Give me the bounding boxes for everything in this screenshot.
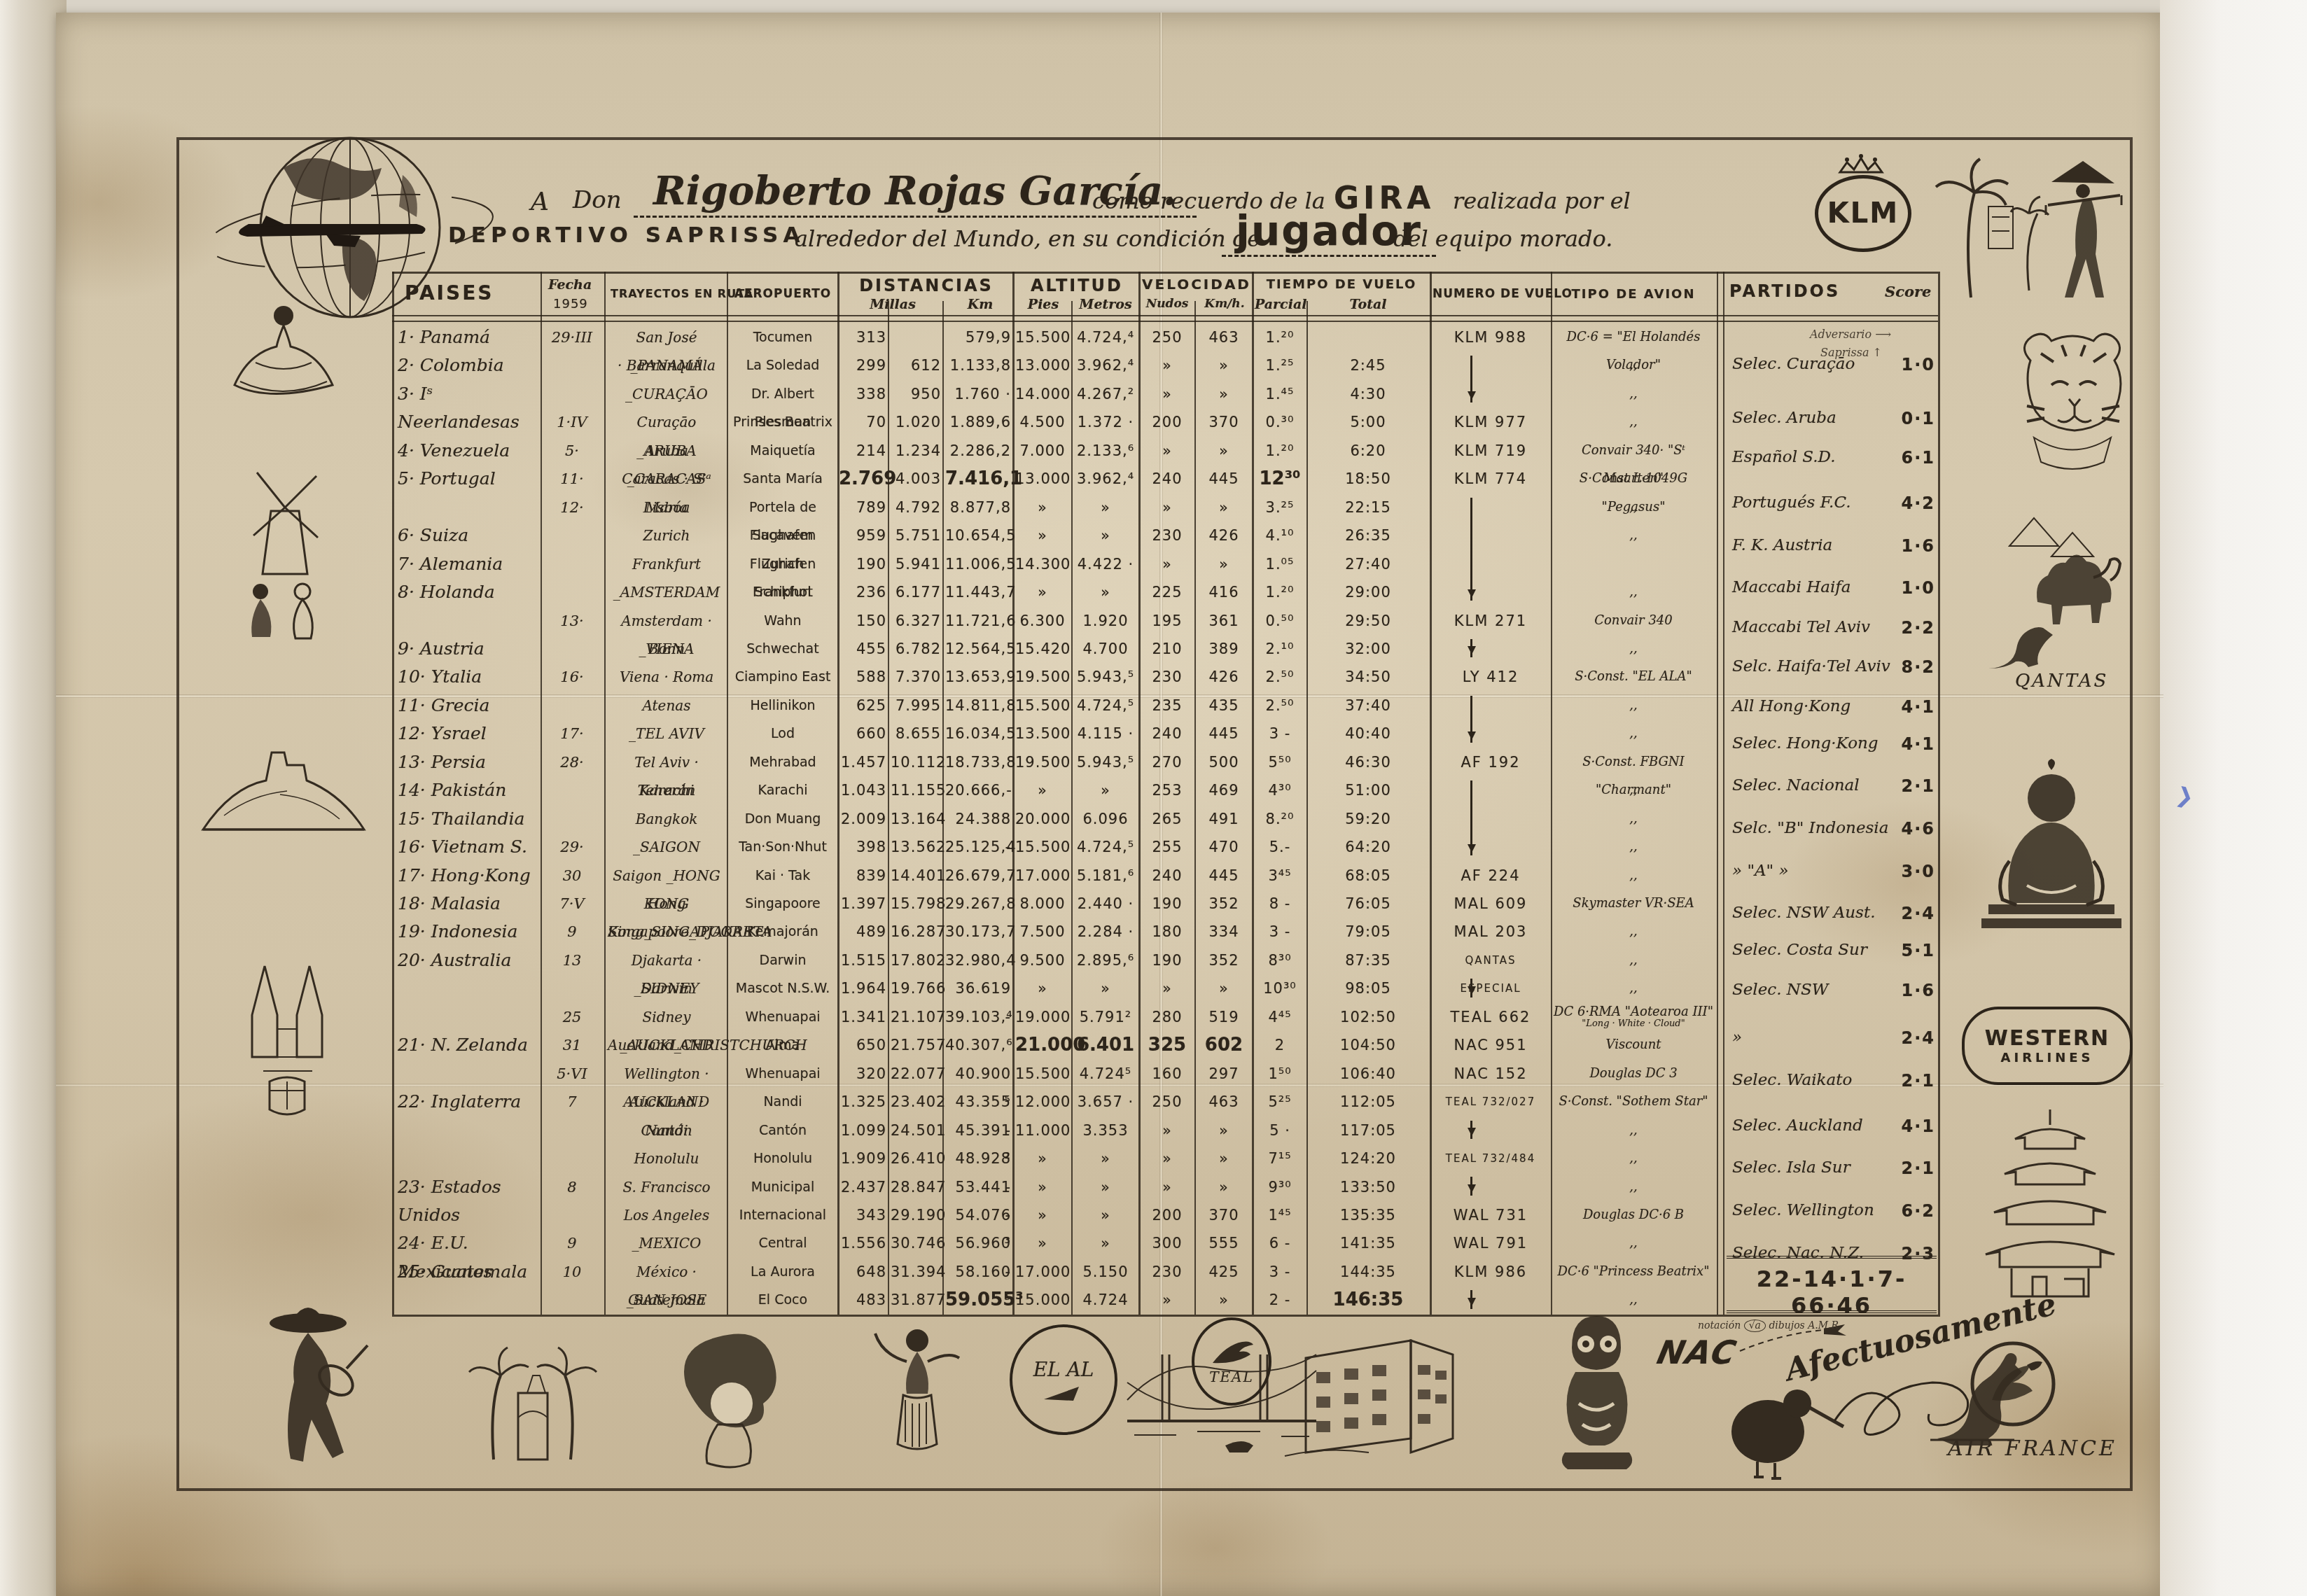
cell-apt: Kai · Tak xyxy=(730,862,836,890)
cell-km: 18.733,8 xyxy=(945,748,1011,776)
cell-par: 12³⁰ xyxy=(1255,465,1305,493)
cell-vuelo: AF 224 xyxy=(1433,862,1549,890)
cell-ruta: Zurich xyxy=(608,521,725,549)
cell-m: 5.943,⁵ xyxy=(1074,663,1137,691)
col-header-altitud: ALTITUD xyxy=(1015,276,1138,295)
cell-mi: 214 xyxy=(839,437,886,465)
cell-kmh: 389 xyxy=(1197,635,1250,663)
cell-par: 2.⁵⁰ xyxy=(1255,663,1305,691)
match-score: 4·1 xyxy=(1886,734,1935,754)
cell-miT: 17.802 xyxy=(891,946,941,974)
match-opponent: Selec. Wellington xyxy=(1732,1201,1885,1219)
cell-km: 54.076 ³ xyxy=(945,1201,1011,1229)
cell-ruta: Lisboa xyxy=(608,493,725,521)
cell-miT: 26.410 xyxy=(891,1144,941,1172)
flight-sequence-arrow xyxy=(1470,1177,1472,1195)
table-rule xyxy=(1071,301,1073,1315)
cell-avion: Douglas DC 3 xyxy=(1553,1060,1714,1088)
cell-tot: 40:40 xyxy=(1309,720,1427,748)
cell-m: » xyxy=(1074,1144,1137,1172)
cell-m: 4.724,⁵ xyxy=(1074,833,1137,861)
table-rule xyxy=(392,315,1938,316)
cell-vuelo: AF 192 xyxy=(1433,748,1549,776)
cell-km: 59.055³ xyxy=(945,1286,1011,1314)
cell-nd: » xyxy=(1141,1116,1193,1144)
palm-tree-icon xyxy=(1922,140,2020,301)
table-rule xyxy=(1306,301,1308,1315)
cell-miT: 6.782 xyxy=(891,635,941,663)
cell-nd: » xyxy=(1141,974,1193,1002)
cell-km: 48.928 - xyxy=(945,1144,1011,1172)
cell-mi: 313 xyxy=(839,323,886,351)
cell-par: 1.²⁰ xyxy=(1255,323,1305,351)
cell-nd: 325 xyxy=(1141,1031,1193,1059)
cell-nd: 240 xyxy=(1141,465,1193,493)
cell-km: 26.679,7 xyxy=(945,862,1011,890)
cell-ruta: _SAN JOSE xyxy=(608,1286,725,1314)
cell-avion: S·Const. "EL ALA" xyxy=(1553,663,1714,691)
cell-mi: 2.009 xyxy=(839,805,886,833)
match-opponent: Selec. NSW xyxy=(1732,981,1885,999)
cell-apt: Dr. Albert Plesman xyxy=(730,380,836,408)
cell-pies: 17.000 xyxy=(1015,862,1070,890)
cell-ruta: Auckland_CHRISTCHURCH xyxy=(608,1031,725,1059)
cell-km: 579,9 xyxy=(945,323,1011,351)
cell-tot: 102:50 xyxy=(1309,1003,1427,1031)
cell-miT: 950 xyxy=(891,380,941,408)
cell-nd: » xyxy=(1141,1173,1193,1201)
cell-apt: Prinses Beatrix xyxy=(730,408,836,436)
cell-nd: » xyxy=(1141,437,1193,465)
title-team: DEPORTIVO SAPRISSA xyxy=(448,223,804,248)
cell-miT: 8.655 xyxy=(891,720,941,748)
cell-fecha: 30 xyxy=(542,862,602,890)
cell-apt: Central xyxy=(730,1229,836,1257)
cell-m: 4.724,⁵ xyxy=(1074,692,1137,720)
cell-apt: Mascot N.S.W. xyxy=(730,974,836,1002)
cell-vuelo: KLM 774 xyxy=(1433,465,1549,493)
col-header-fecha-year: 1959 xyxy=(553,297,588,311)
cell-ruta: _MEXICO xyxy=(608,1229,725,1257)
cell-km: 58.160 ⁵ xyxy=(945,1258,1011,1286)
cell-avion: ,, xyxy=(1553,862,1714,890)
cell-kmh: » xyxy=(1197,1286,1250,1314)
cell-nd: 210 xyxy=(1141,635,1193,663)
cell-mi: 343 xyxy=(839,1201,886,1229)
cell-ruta: Atenas xyxy=(608,692,725,720)
cell-pais: 25· Guatemala xyxy=(398,1258,538,1286)
cell-ruta: Singapoore_DJAKARTA xyxy=(608,918,725,946)
cell-par: 2.¹⁰ xyxy=(1255,635,1305,663)
match-opponent: Selec. Aruba xyxy=(1732,409,1885,427)
cell-vuelo: KLM 988 xyxy=(1433,323,1549,351)
cell-kmh: 445 xyxy=(1197,862,1250,890)
cell-miT: 14.401 xyxy=(891,862,941,890)
cell-par: 1⁵⁰ xyxy=(1255,1060,1305,1088)
cell-kmh: » xyxy=(1197,1173,1250,1201)
cell-nd: » xyxy=(1141,550,1193,578)
cell-kmh: 463 xyxy=(1197,323,1250,351)
cell-pais: 18· Malasia xyxy=(398,890,538,918)
cell-km: 39.103,⁴ xyxy=(945,1003,1011,1031)
cell-vuelo: MAL 203 xyxy=(1433,918,1549,946)
col-header-paises: PAISES xyxy=(405,281,494,304)
table-rule xyxy=(1194,301,1196,1315)
cell-miT: 21.757 xyxy=(891,1031,941,1059)
cell-pais: 16· Vietnam S. xyxy=(398,833,538,861)
cell-fecha: 13 xyxy=(542,946,602,974)
cell-pais: 11· Grecia xyxy=(398,692,538,720)
cell-kmh: 470 xyxy=(1197,833,1250,861)
cell-fecha: 1·IV xyxy=(542,408,602,436)
cell-vuelo: WAL 791 xyxy=(1433,1229,1549,1257)
table-rule xyxy=(392,272,1938,274)
cell-m: 3.657 · xyxy=(1074,1088,1137,1116)
cell-miT: 24.501 xyxy=(891,1116,941,1144)
cell-tot: 51:00 xyxy=(1309,776,1427,804)
cell-avion: ,, xyxy=(1553,1116,1714,1144)
cell-pies: » xyxy=(1015,1144,1070,1172)
cell-pies: 14.300 xyxy=(1015,550,1070,578)
col-header-trayectos: TRAYECTOS EN RUTA xyxy=(611,287,725,300)
title-mid2: realizada por el xyxy=(1453,188,1631,214)
cell-tot: 59:20 xyxy=(1309,805,1427,833)
cell-tot: 22:15 xyxy=(1309,493,1427,521)
cell-kmh: » xyxy=(1197,351,1250,379)
title-a: A xyxy=(531,188,549,216)
cell-par: 8 - xyxy=(1255,890,1305,918)
cell-mi: 150 xyxy=(839,607,886,635)
cell-ruta: _SAIGON xyxy=(608,833,725,861)
cell-fecha: 11· xyxy=(542,465,602,493)
cell-nd: » xyxy=(1141,493,1193,521)
qantas-label: QANTAS xyxy=(2015,671,2108,692)
cell-fecha: 8 xyxy=(542,1173,602,1201)
cell-par: 2 xyxy=(1255,1031,1305,1059)
cell-ruta: México · Guatemala xyxy=(608,1258,725,1286)
cell-apt: Internacional xyxy=(730,1201,836,1229)
cell-km: 40.900 ⁵ xyxy=(945,1060,1011,1088)
cell-pais: 13· Persia xyxy=(398,748,538,776)
cell-pais: 22· Inglaterra xyxy=(398,1088,538,1116)
cell-tot: 5:00 xyxy=(1309,408,1427,436)
western-airlines-text1: WESTERN xyxy=(1985,1026,2110,1051)
mariachi-icon xyxy=(252,1296,378,1471)
cell-nd: 160 xyxy=(1141,1060,1193,1088)
cell-mi: 320 xyxy=(839,1060,886,1088)
cell-avion: ,, xyxy=(1553,1229,1714,1257)
cell-tot: 135:35 xyxy=(1309,1201,1427,1229)
match-score: 4·1 xyxy=(1886,697,1935,717)
cell-km: 43.355 - xyxy=(945,1088,1011,1116)
cell-miT: 7.995 xyxy=(891,692,941,720)
cell-nd: 280 xyxy=(1141,1003,1193,1031)
cell-vuelo: TEAL 732/027 xyxy=(1433,1088,1549,1116)
cell-tot: 104:50 xyxy=(1309,1031,1427,1059)
cell-vuelo: NAC 152 xyxy=(1433,1060,1549,1088)
cell-apt: Nandi xyxy=(730,1088,836,1116)
cell-tot: 37:40 xyxy=(1309,692,1427,720)
cell-avion: ,, xyxy=(1553,1173,1714,1201)
cell-pies: 15.500 xyxy=(1015,692,1070,720)
match-score: 1·0 xyxy=(1886,355,1935,374)
cell-mi: 789 xyxy=(839,493,886,521)
cell-nd: 235 xyxy=(1141,692,1193,720)
cell-ruta: _SIDNEY xyxy=(608,974,725,1002)
cell-avion: ,, xyxy=(1553,805,1714,833)
cell-avion: ,, xyxy=(1553,946,1714,974)
scanned-poster-photo: A Don Rigoberto Rojas García. como recue… xyxy=(0,0,2307,1596)
cell-ruta: _VIENA xyxy=(608,635,725,663)
cell-nd: 240 xyxy=(1141,862,1193,890)
match-opponent: Selec. Isla Sur xyxy=(1732,1158,1885,1177)
cell-m: 4.724 xyxy=(1074,1286,1137,1314)
cell-mi: 455 xyxy=(839,635,886,663)
cell-par: 0.⁵⁰ xyxy=(1255,607,1305,635)
cell-apt: Maiquetía xyxy=(730,437,836,465)
cell-ruta: Karachi xyxy=(608,776,725,804)
cell-par: 3 - xyxy=(1255,1258,1305,1286)
cell-par: 3 - xyxy=(1255,720,1305,748)
cell-nd: 240 xyxy=(1141,720,1193,748)
cell-m: 5.943,⁵ xyxy=(1074,748,1137,776)
cell-mi: 483 xyxy=(839,1286,886,1314)
cell-kmh: 426 xyxy=(1197,521,1250,549)
cell-mi: 338 xyxy=(839,380,886,408)
cell-pais: 5· Portugal xyxy=(398,465,538,493)
cell-tot: 34:50 xyxy=(1309,663,1427,691)
cell-apt: Hellinikon xyxy=(730,692,836,720)
cell-km: 20.666,- xyxy=(945,776,1011,804)
cell-km: 8.877,8 xyxy=(945,493,1011,521)
results-summary-box: 22-14·1·7-66·46 xyxy=(1727,1256,1937,1313)
cell-vuelo: QANTAS ESPECIAL xyxy=(1433,946,1549,974)
cell-pies: 6.300 xyxy=(1015,607,1070,635)
cell-tot: 29:50 xyxy=(1309,607,1427,635)
cell-ruta: Cantón xyxy=(608,1116,725,1144)
cell-vuelo: MAL 609 xyxy=(1433,890,1549,918)
cell-apt: Santa María xyxy=(730,465,836,493)
cell-apt: Schiphol xyxy=(730,578,836,606)
cell-kmh: 491 xyxy=(1197,805,1250,833)
cell-km: 10.654,5 xyxy=(945,521,1011,549)
match-opponent: Selc. "B" Indonesia xyxy=(1732,819,1885,837)
cell-m: 5.181,⁶ xyxy=(1074,862,1137,890)
cell-ruta: · Barranquilla xyxy=(608,351,725,379)
cell-par: 4³⁰ xyxy=(1255,776,1305,804)
cell-nd: 300 xyxy=(1141,1229,1193,1257)
cell-avion: DC·6 = "El Holandés Volador" xyxy=(1553,323,1714,351)
cell-m: 4.115 · xyxy=(1074,720,1137,748)
cell-km: 1.133,8 xyxy=(945,351,1011,379)
cell-avion: Skymaster VR·SEA xyxy=(1553,890,1714,918)
cell-par: 6 - xyxy=(1255,1229,1305,1257)
title-don: Don xyxy=(573,186,622,214)
cell-miT: 7.370 xyxy=(891,663,941,691)
match-score: 4·1 xyxy=(1886,1116,1935,1136)
cell-ruta: S. Francisco xyxy=(608,1173,725,1201)
cell-pais: 20· Australia xyxy=(398,946,538,974)
match-opponent: » xyxy=(1732,1028,1885,1046)
match-score: 2·3 xyxy=(1886,1244,1935,1263)
cell-apt: Kemajorán xyxy=(730,918,836,946)
cell-miT: 5.941 xyxy=(891,550,941,578)
cell-nd: 200 xyxy=(1141,408,1193,436)
cell-vuelo: KLM 986 xyxy=(1433,1258,1549,1286)
cell-ruta: _TEL AVIV xyxy=(608,720,725,748)
cell-nd: » xyxy=(1141,351,1193,379)
cell-mi: 1.341 xyxy=(839,1003,886,1031)
camel-pyramids-icon xyxy=(1995,504,2142,630)
cell-par: 7¹⁵ xyxy=(1255,1144,1305,1172)
cell-miT: 31.877 xyxy=(891,1286,941,1314)
cell-fecha: 5·VI xyxy=(542,1060,602,1088)
cell-fecha: 31 xyxy=(542,1031,602,1059)
cell-nd: » xyxy=(1141,1144,1193,1172)
cell-avion: ,, xyxy=(1553,351,1714,379)
windmill-dutch-couple-icon xyxy=(204,448,365,644)
cell-ruta: Bangkok xyxy=(608,805,725,833)
cell-pies: » xyxy=(1015,1201,1070,1229)
cell-par: 1.⁴⁵ xyxy=(1255,380,1305,408)
cell-mi: 236 xyxy=(839,578,886,606)
flight-sequence-arrow xyxy=(1470,639,1472,657)
table-rule xyxy=(727,272,728,1315)
cell-pais: 21· N. Zelanda xyxy=(398,1031,538,1059)
match-opponent: F. K. Austria xyxy=(1732,536,1885,554)
cell-fecha: 9 xyxy=(542,1229,602,1257)
cell-kmh: 445 xyxy=(1197,465,1250,493)
cell-avion: ,, xyxy=(1553,918,1714,946)
el-al-logo: EL AL xyxy=(1010,1324,1117,1435)
cell-avion: ,, xyxy=(1553,720,1714,748)
cell-apt: Flughafen Frankfurt xyxy=(730,550,836,578)
cell-miT: 4.792 xyxy=(891,493,941,521)
cell-nd: 190 xyxy=(1141,890,1193,918)
table-rule xyxy=(1723,272,1724,1315)
cell-pais: 1· Panamá xyxy=(398,323,538,351)
cell-pies: 7.500 xyxy=(1015,918,1070,946)
cell-apt: La Soledad xyxy=(730,351,836,379)
buddha-icon xyxy=(1960,756,2142,952)
cell-miT: 6.327 xyxy=(891,607,941,635)
cell-mi: 489 xyxy=(839,918,886,946)
cell-par: 1.²⁰ xyxy=(1255,437,1305,465)
cell-nd: 225 xyxy=(1141,578,1193,606)
col-header-millas: Millas xyxy=(847,297,938,312)
cell-pies: 11.000 xyxy=(1015,1116,1070,1144)
cell-pies: 13.500 xyxy=(1015,720,1070,748)
cell-avion: Douglas DC·6 B xyxy=(1553,1201,1714,1229)
klm-logo-text: KLM xyxy=(1827,197,1899,230)
cell-km: 11.443,7 xyxy=(945,578,1011,606)
cell-tot: 76:05 xyxy=(1309,890,1427,918)
cell-miT: 10.112 xyxy=(891,748,941,776)
cell-pies: » xyxy=(1015,1229,1070,1257)
cell-ruta: Auckland · Nandi xyxy=(608,1088,725,1116)
cell-tot: 144:35 xyxy=(1309,1258,1427,1286)
cell-nd: 190 xyxy=(1141,946,1193,974)
cell-vuelo: LY 412 xyxy=(1433,663,1549,691)
cell-tot: 46:30 xyxy=(1309,748,1427,776)
table-rule xyxy=(1430,272,1432,1315)
cell-par: 3.²⁵ xyxy=(1255,493,1305,521)
cell-miT: 31.394 xyxy=(891,1258,941,1286)
cell-pies: 21.000 xyxy=(1015,1031,1070,1059)
cell-kmh: 519 xyxy=(1197,1003,1250,1031)
cell-avion: DC·6 "Princess Beatrix" xyxy=(1553,1258,1714,1286)
cell-fecha: 16· xyxy=(542,663,602,691)
cell-vuelo: WAL 731 xyxy=(1433,1201,1549,1229)
match-score: 5·1 xyxy=(1886,941,1935,960)
cell-mi: 398 xyxy=(839,833,886,861)
cell-fecha: 29· xyxy=(542,833,602,861)
cell-apt: Schwechat xyxy=(730,635,836,663)
cell-ruta: San José _PANAMÁ xyxy=(608,323,725,351)
cell-m: » xyxy=(1074,1229,1137,1257)
cell-mi: 1.043 xyxy=(839,776,886,804)
table-rule xyxy=(392,1315,1940,1317)
cell-avion: ,, xyxy=(1553,776,1714,804)
cell-miT: 13.562 xyxy=(891,833,941,861)
cell-tot: 146:35 xyxy=(1309,1286,1427,1314)
cell-miT: 22.077 xyxy=(891,1060,941,1088)
cell-miT: 4.003 xyxy=(891,465,941,493)
cell-kmh: 425 xyxy=(1197,1258,1250,1286)
cell-fecha: 12· xyxy=(542,493,602,521)
cell-nd: 180 xyxy=(1141,918,1193,946)
col-header-parcial: Parcial xyxy=(1255,297,1306,312)
cell-par: 4⁴⁵ xyxy=(1255,1003,1305,1031)
cell-tot: 27:40 xyxy=(1309,550,1427,578)
cell-fecha: 5· xyxy=(542,437,602,465)
cell-m: 2.284 · xyxy=(1074,918,1137,946)
cell-km: 36.619 - xyxy=(945,974,1011,1002)
cell-avion: S·Const. "Sothem Star" xyxy=(1553,1088,1714,1116)
match-score: 1·6 xyxy=(1886,981,1935,1000)
match-opponent: Maccabi Tel Aviv xyxy=(1732,618,1885,636)
cell-kmh: » xyxy=(1197,550,1250,578)
cell-tot: 79:05 xyxy=(1309,918,1427,946)
cell-avion: Convair 340· "Sᵗ Maarten" xyxy=(1553,437,1714,465)
cell-fecha: 10 xyxy=(542,1258,602,1286)
cell-pies: 15.420 xyxy=(1015,635,1070,663)
cell-km: 29.267,8 xyxy=(945,890,1011,918)
match-opponent: Selec. Nacional xyxy=(1732,776,1885,794)
cell-apt: Tan·Son·Nhut xyxy=(730,833,836,861)
klm-crown-icon xyxy=(1819,153,1903,176)
cell-pais: 7· Alemania xyxy=(398,550,538,578)
cell-fecha: 7·V xyxy=(542,890,602,918)
cell-kmh: » xyxy=(1197,493,1250,521)
cell-ruta: Tel Aviv · Teherán xyxy=(608,748,725,776)
cell-km: 56.960 - xyxy=(945,1229,1011,1257)
match-score: 8·2 xyxy=(1886,657,1935,677)
cell-tot: 18:50 xyxy=(1309,465,1427,493)
cell-km: 53.441 - xyxy=(945,1173,1011,1201)
cell-m: » xyxy=(1074,974,1137,1002)
cell-kmh: 500 xyxy=(1197,748,1250,776)
cell-tot: 87:35 xyxy=(1309,946,1427,974)
col-header-avion: TIPO DE AVION xyxy=(1553,287,1714,302)
cell-miT: 16.287 xyxy=(891,918,941,946)
cell-par: 4.¹⁰ xyxy=(1255,521,1305,549)
cell-tot: 133:50 xyxy=(1309,1173,1427,1201)
cell-pais: 9· Austria xyxy=(398,635,538,663)
match-opponent: Selc. Haifa·Tel Aviv xyxy=(1732,657,1885,675)
cell-avion: ,, xyxy=(1553,521,1714,549)
cell-vuelo: TEAL 662 xyxy=(1433,1003,1549,1031)
